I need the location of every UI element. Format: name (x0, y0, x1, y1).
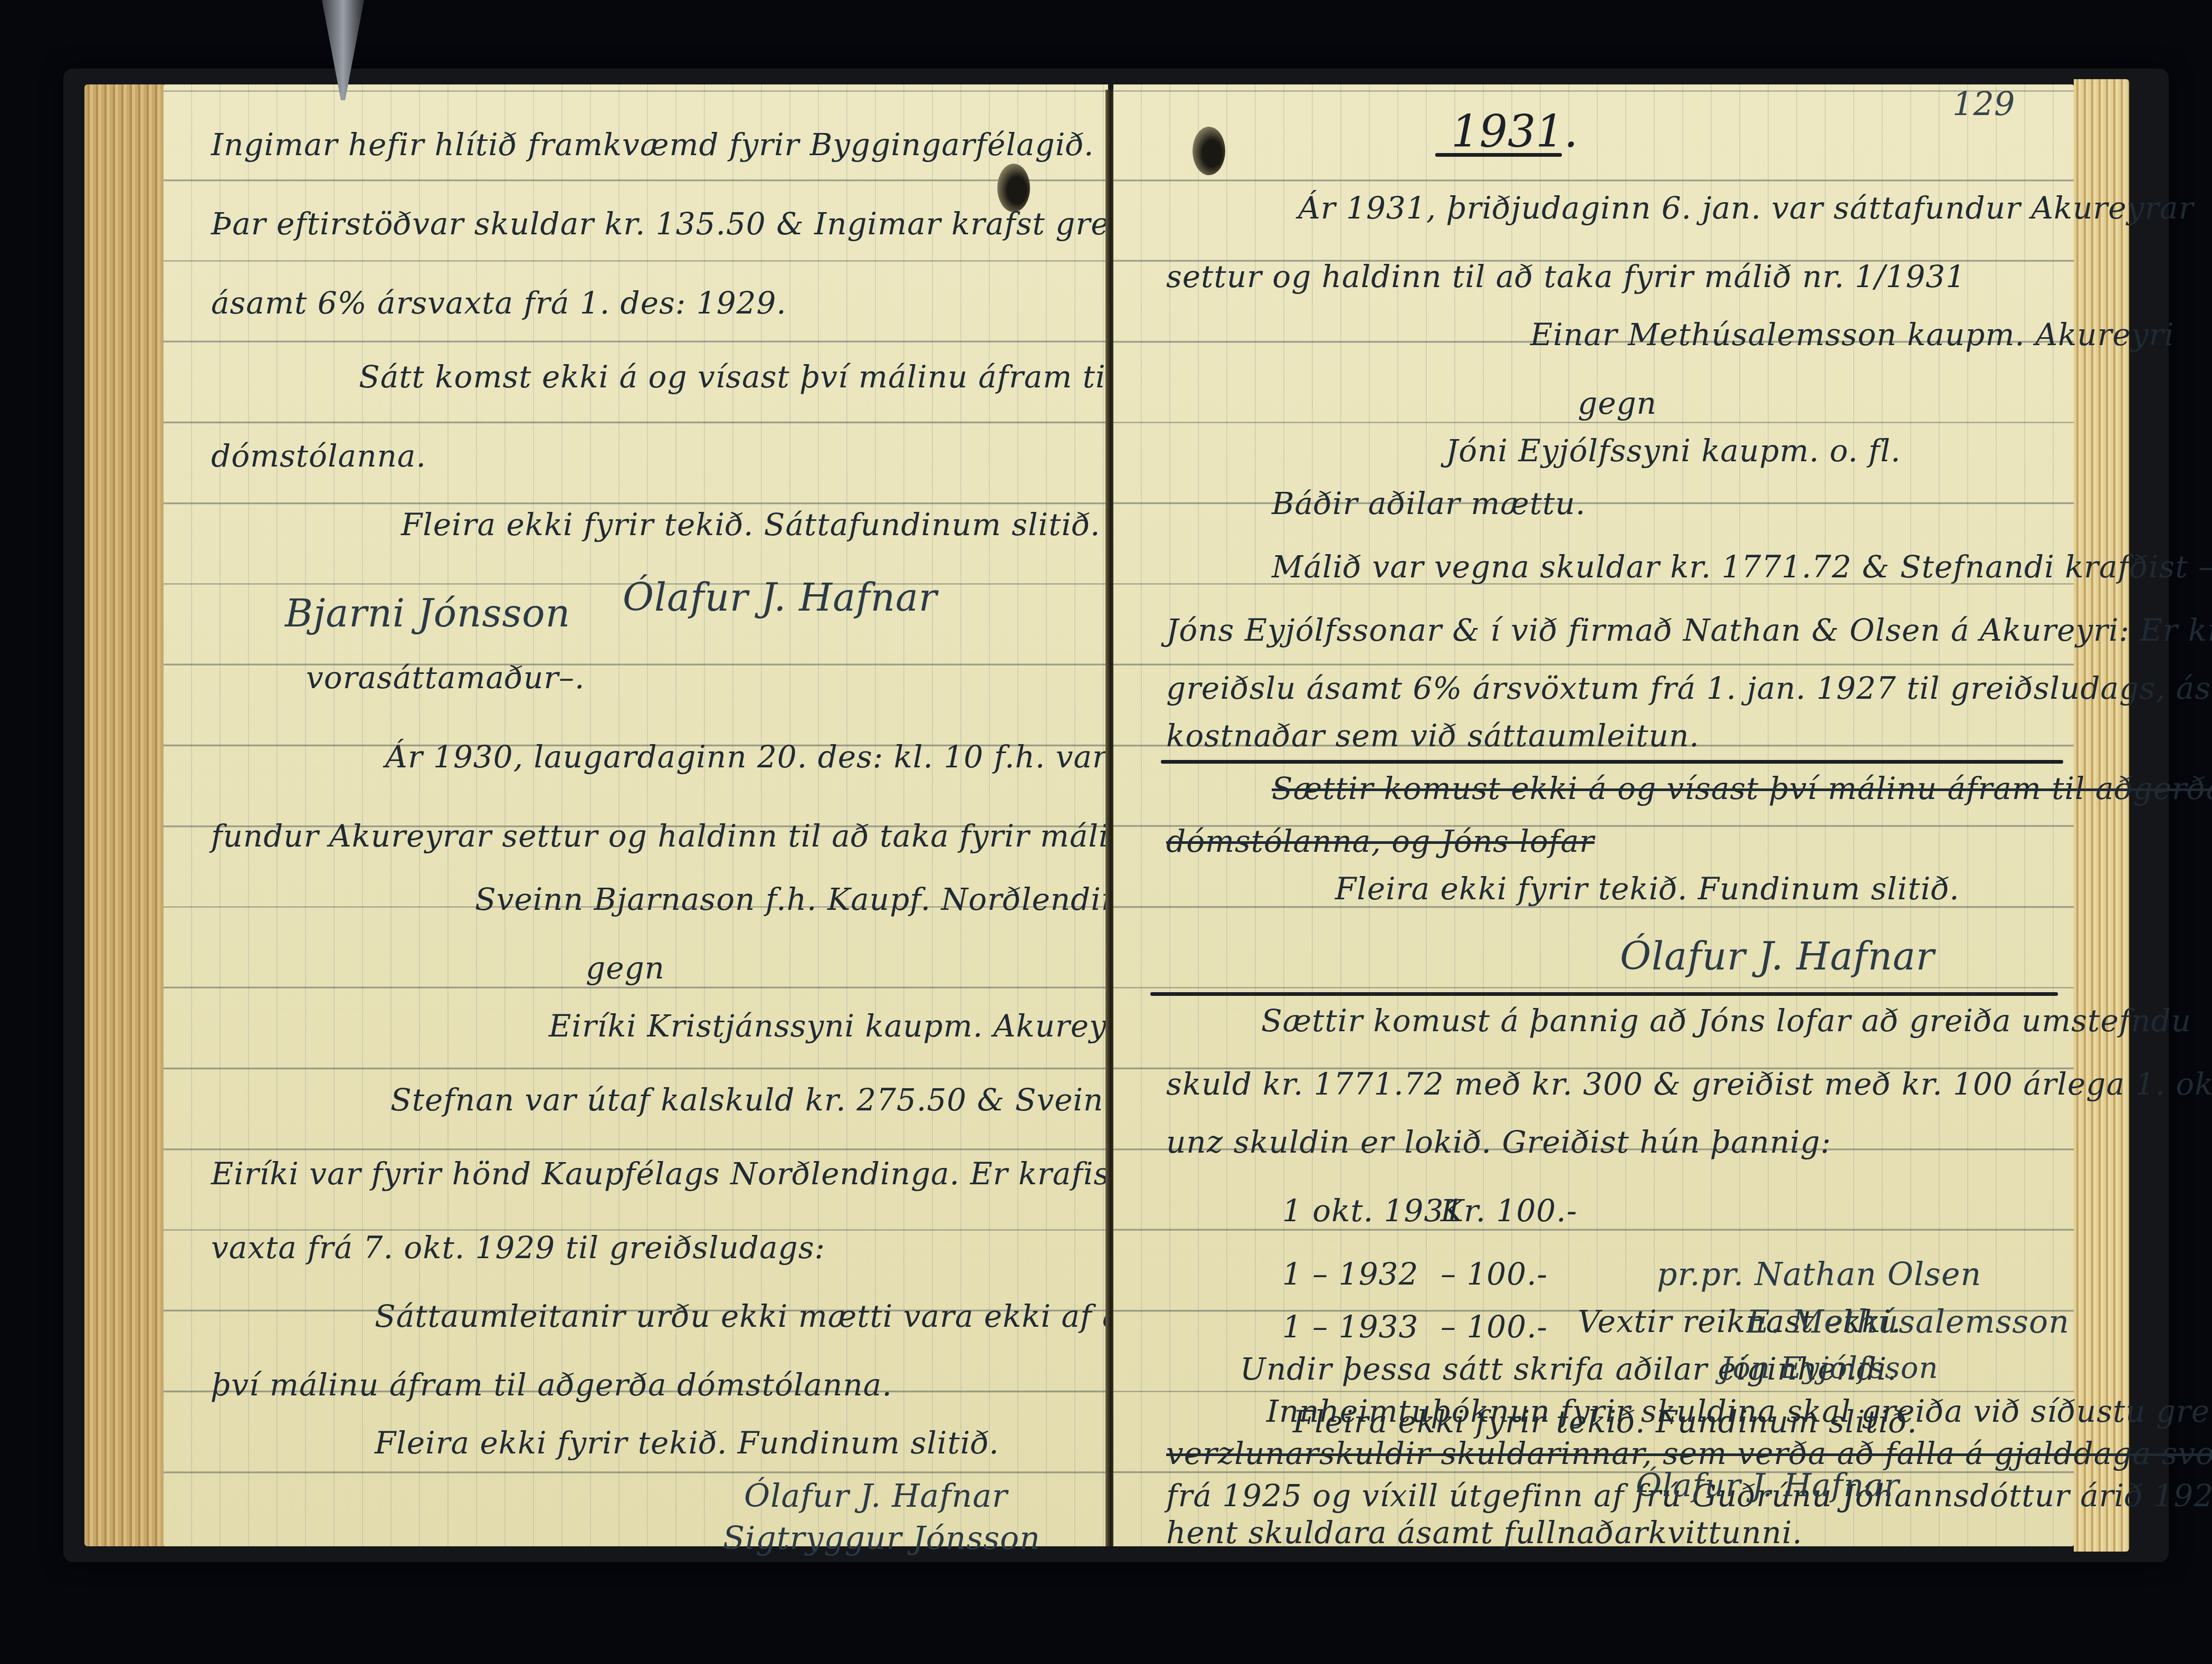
closing-line: Fleira ekki fyrir tekið. Fundinum slitið… (1293, 1404, 1918, 1440)
signature: E. Methúsalemsson (1747, 1304, 2070, 1340)
left-entry-line: Eiríki Kristjánssyni kaupm. Akureyri: (549, 1008, 1143, 1044)
left-entry-line: því málinu áfram til aðgerða dómstólanna… (211, 1367, 892, 1403)
left-entry-line: vaxta frá 7. okt. 1929 til greiðsludags: (211, 1230, 825, 1266)
left-entry-line: Ár 1930, laugardaginn 20. des: kl. 10 f.… (385, 739, 1208, 775)
signature: Ólafur J. Hafnar (1636, 1467, 1900, 1504)
separator-rule (1150, 992, 2058, 996)
signature: Bjarni Jónsson (285, 591, 570, 635)
page-number: 129 (1952, 84, 2015, 123)
signature: Jón Eyjólfsson (1720, 1351, 1939, 1385)
settlement-line: Sættir komust á þannig að Jóns lofar að … (1261, 1003, 2191, 1039)
separator-rule (1161, 760, 2063, 764)
left-line: dómstólanna. (211, 438, 426, 474)
struck-line: Sættir komust ekki á og vísast því málin… (1272, 771, 2212, 806)
right-entry-line: kostnaðar sem við sáttaumleitun. (1166, 718, 1700, 754)
punch-hole-right (1193, 127, 1225, 175)
year-underline (1435, 153, 1562, 157)
signature-title: vorasáttamaður–. (306, 660, 585, 696)
left-line: Fleira ekki fyrir tekið. Sáttafundinum s… (401, 507, 1100, 543)
signature: pr.pr. Nathan Olsen (1657, 1256, 1981, 1293)
settlement-line: unz skuldin er lokið. Greiðist hún þanni… (1166, 1124, 1831, 1160)
right-entry-line: Jóni Eyjólfssyni kaupm. o. fl. (1446, 433, 1901, 469)
signature: Ólafur J. Hafnar (744, 1478, 1008, 1515)
after-line: verzlunarskuldir skuldarinnar, sem verða… (1166, 1435, 2212, 1471)
left-page: Ingimar hefir hlítið framkvæmd fyrir Byg… (164, 84, 1108, 1546)
signature: Sigtryggur Jónsson (723, 1520, 1041, 1557)
right-entry-line: Báðir aðilar mættu. (1272, 486, 1586, 521)
installment-amount: – 100.- (1441, 1256, 1548, 1292)
signature: Ólafur J. Hafnar (623, 575, 937, 620)
signature: Ólafur J. Hafnar (1620, 934, 1934, 978)
right-entry-line: Málið var vegna skuldar kr. 1771.72 & St… (1272, 549, 2212, 585)
punch-hole-left (997, 164, 1030, 212)
installment-amount: Kr. 100.- (1441, 1193, 1577, 1229)
left-line: Þar eftirstöðvar skuldar kr. 135.50 & In… (211, 206, 1225, 242)
installment-date: 1 okt. 1931 (1282, 1193, 1464, 1229)
right-page-edges (2074, 79, 2129, 1552)
after-line: hent skuldara ásamt fullnaðarkvittunni. (1166, 1515, 1803, 1551)
right-entry-line: Jóns Eyjólfssonar & í við firmað Nathan … (1166, 612, 2212, 648)
right-entry-line: settur og haldinn til að taka fyrir máli… (1166, 259, 1966, 294)
left-entry-line: gegn (586, 950, 665, 986)
struck-line: dómstólanna, og Jóns lofar (1166, 823, 1595, 859)
installment-amount: – 100.- (1441, 1309, 1548, 1345)
left-page-edges (84, 84, 169, 1546)
closing-line: Fleira ekki fyrir tekið. Fundinum slitið… (1335, 871, 1960, 907)
installment-date: 1 – 1933 (1282, 1309, 1418, 1345)
left-entry-line: Fleira ekki fyrir tekið. Fundinum slitið… (375, 1425, 999, 1461)
right-entry-line: Einar Methúsalemsson kaupm. Akureyri (1530, 317, 2175, 353)
year-heading: 1931. (1451, 106, 1578, 157)
installment-date: 1 – 1932 (1282, 1256, 1418, 1292)
left-line: ásamt 6% ársvaxta frá 1. des: 1929. (211, 285, 787, 321)
left-line: Ingimar hefir hlítið framkvæmd fyrir Byg… (211, 127, 1094, 163)
settlement-line: skuld kr. 1771.72 með kr. 300 & greiðist… (1166, 1066, 2212, 1102)
right-entry-line: gegn (1578, 385, 1657, 421)
right-entry-line: Ár 1931, þriðjudaginn 6. jan. var sáttaf… (1298, 190, 2194, 226)
right-entry-line: greiðslu ásamt 6% ársvöxtum frá 1. jan. … (1166, 670, 2212, 706)
left-entry-line: Sveinn Bjarnason f.h. Kaupf. Norðlending… (475, 881, 1160, 917)
